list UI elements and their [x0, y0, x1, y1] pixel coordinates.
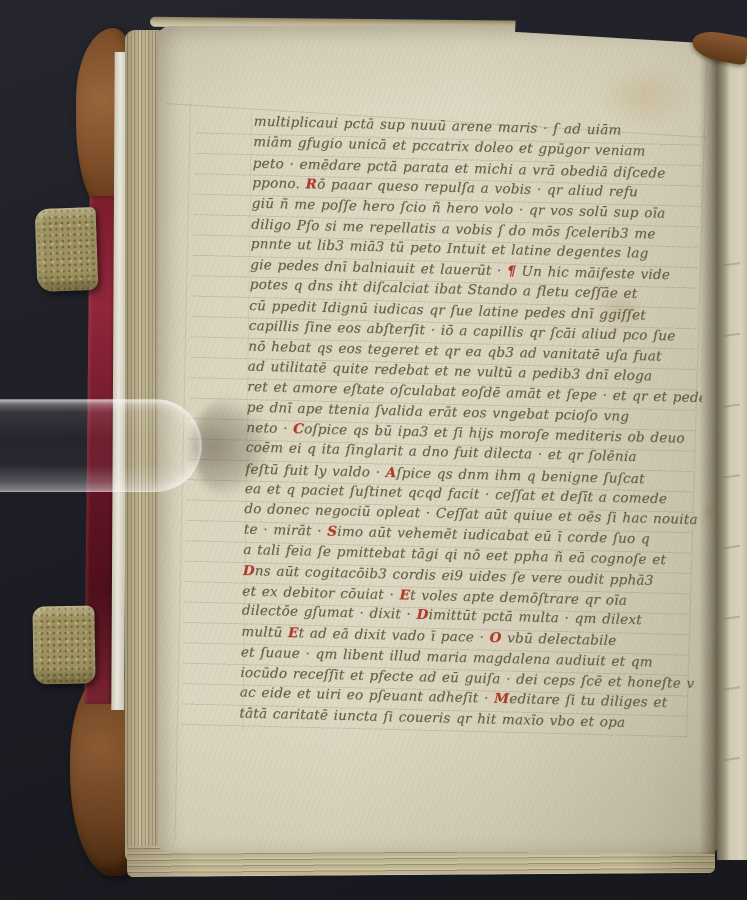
parchment-stain	[598, 66, 690, 128]
rubricated-initial: C	[293, 421, 304, 437]
glass-rod-shadow	[192, 398, 268, 496]
rubricated-initial: E	[288, 625, 299, 641]
gutter-shadow	[699, 34, 719, 854]
facing-page-text-marks	[724, 230, 740, 790]
rubricated-initial: O	[489, 630, 501, 646]
fastening-tab-top	[35, 207, 99, 292]
text-block: multiplicaui pctā sup nuuū arene maris ·…	[239, 112, 709, 741]
rubricated-initial: ¶	[507, 263, 516, 279]
rubricated-initial: M	[494, 691, 510, 707]
rubricated-initial: E	[399, 587, 410, 603]
rubricated-initial: R	[305, 176, 317, 192]
rubricated-initial: A	[386, 465, 397, 481]
glass-page-weight-rod	[0, 399, 202, 492]
fastening-tab-bottom	[32, 605, 95, 684]
rubricated-initial: D	[416, 607, 428, 623]
rubricated-initial: D	[243, 562, 255, 578]
